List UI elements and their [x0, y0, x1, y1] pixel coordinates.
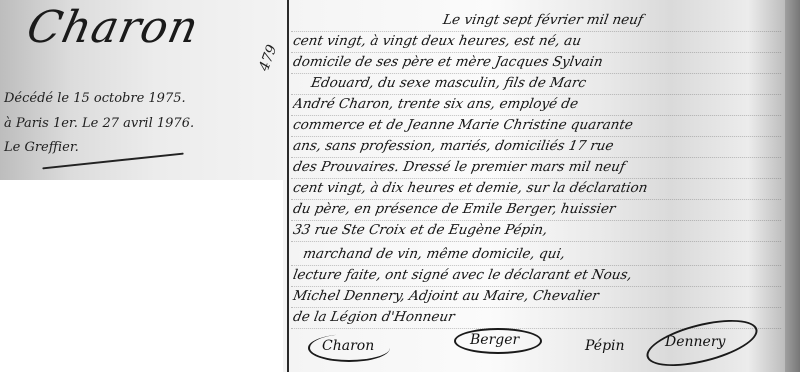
record-line: lecture faite, ont signé avec le déclara…: [291, 265, 785, 287]
register-page: Charon Décédé le 15 octobre 1975. à Pari…: [0, 0, 800, 372]
record-line: cent vingt, à dix heures et demie, sur l…: [291, 178, 785, 200]
record-line: André Charon, trente six ans, employé de: [291, 94, 785, 116]
record-line: Michel Dennery, Adjoint au Maire, Cheval…: [291, 286, 785, 308]
record-line: marchand de vin, même domicile, qui,: [291, 244, 785, 266]
record-line: domicile de ses père et mère Jacques Syl…: [291, 52, 785, 74]
margin-annotation-line: Décédé le 15 octobre 1975.: [4, 91, 274, 106]
record-line: 33 rue Ste Croix et de Eugène Pépin,: [291, 220, 785, 242]
signature-flourish: [308, 334, 390, 362]
record-number: 479: [256, 43, 280, 74]
record-line: Edouard, du sexe masculin, fils de Marc: [291, 73, 785, 95]
margin-surname: Charon: [23, 2, 204, 53]
record-line: des Prouvaires. Dressé le premier mars m…: [291, 157, 785, 179]
margin-column: Charon Décédé le 15 octobre 1975. à Pari…: [0, 0, 283, 180]
margin-annotation-line: à Paris 1er. Le 27 avril 1976.: [4, 116, 274, 131]
blank-area: [0, 180, 283, 372]
signature-row: Charon Berger Pépin Dennery: [300, 328, 780, 372]
record-line: ans, sans profession, mariés, domiciliés…: [291, 136, 785, 158]
signature-flourish: [454, 328, 542, 354]
signature-witness-1: Berger: [470, 332, 519, 348]
record-line: du père, en présence de Emile Berger, hu…: [291, 199, 785, 221]
record-line: cent vingt, à vingt deux heures, est né,…: [291, 31, 785, 53]
margin-rule: [287, 0, 289, 372]
signature-name: Pépin: [585, 338, 625, 354]
record-line: commerce et de Jeanne Marie Christine qu…: [291, 115, 785, 137]
page-edge-shadow: [785, 0, 800, 372]
signature-witness-2: Pépin: [585, 338, 625, 354]
signature-declarant: Charon: [322, 338, 374, 354]
signature-adjoint: Dennery: [665, 334, 725, 350]
record-line: Le vingt sept février mil neuf: [291, 10, 785, 32]
